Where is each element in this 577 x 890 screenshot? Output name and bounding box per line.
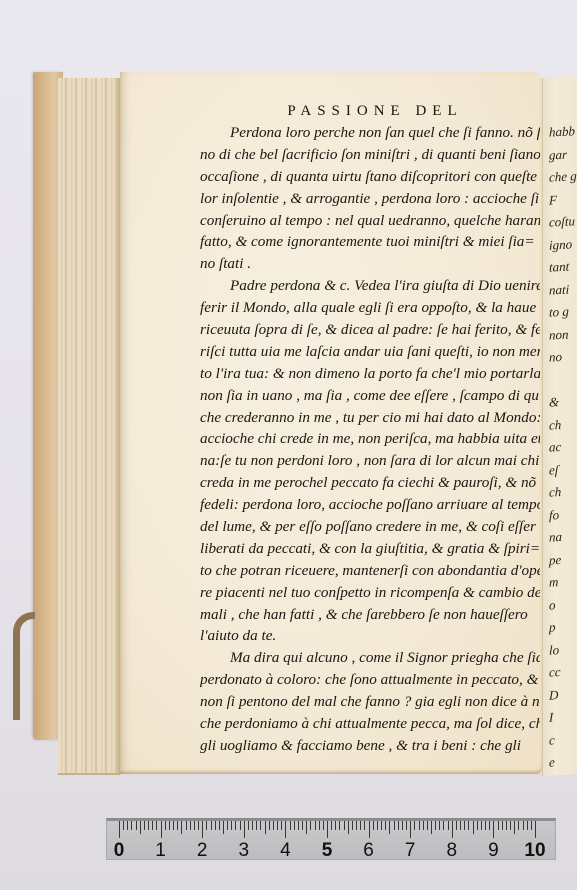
- ruler-tick: [310, 821, 311, 830]
- ruler-tick: [298, 821, 299, 830]
- ruler-tick: [481, 821, 482, 830]
- ruler-tick: [485, 821, 486, 830]
- facing-page-text: habbgarche gFcoſtuignotantnatito gnonno …: [549, 120, 577, 774]
- ruler-tick: [510, 821, 511, 830]
- facing-text-fragment: I: [549, 705, 577, 729]
- text-line: re piacenti nel tuo conſpetto in ricompe…: [200, 582, 540, 604]
- ruler-tick: [256, 821, 257, 830]
- text-line: Perdona loro perche non ſan quel che ſi …: [200, 122, 540, 144]
- facing-text-fragment: D: [549, 683, 577, 707]
- facing-text-fragment: gar: [549, 143, 577, 167]
- ruler-tick: [518, 821, 519, 830]
- ruler-tick: [448, 821, 449, 830]
- ruler-tick: [248, 821, 249, 830]
- facing-text-fragment: non: [549, 323, 577, 347]
- facing-text-fragment: e: [549, 750, 577, 774]
- ruler-tick: [302, 821, 303, 830]
- text-line: gli uogliamo & facciamo bene , & tra i b…: [200, 735, 540, 757]
- ruler-tick: [173, 821, 174, 830]
- ruler-tick: [335, 821, 336, 830]
- text-line: fatto, & come ignorantemente tuoi miniſt…: [200, 231, 540, 253]
- ruler-tick: [514, 821, 515, 834]
- ruler-ticks: [119, 821, 547, 841]
- ruler-tick: [136, 821, 137, 830]
- ruler-tick: [181, 821, 182, 834]
- ruler-label: 8: [447, 840, 458, 862]
- ruler-tick: [140, 821, 141, 834]
- ruler-tick: [315, 821, 316, 830]
- ruler-tick: [306, 821, 307, 834]
- facing-text-fragment: fo: [549, 503, 577, 527]
- ruler-label: 0: [114, 840, 125, 862]
- ruler-tick: [373, 821, 374, 830]
- ruler-tick: [194, 821, 195, 830]
- facing-text-fragment: cc: [549, 660, 577, 684]
- text-line: riceuuta ſopra di ſe, & dicea al padre: …: [200, 319, 540, 341]
- ruler-tick: [352, 821, 353, 830]
- ruler-tick: [502, 821, 503, 830]
- facing-text-fragment: ac: [549, 435, 577, 459]
- text-line: creda in me perochel peccato fa ciechi &…: [200, 472, 540, 494]
- ruler-tick: [223, 821, 224, 834]
- ruler-tick: [219, 821, 220, 830]
- facing-text-fragment: c: [549, 728, 577, 752]
- ruler-tick: [527, 821, 528, 830]
- text-line: del lume, & per eſſo poſſano credere in …: [200, 516, 540, 538]
- facing-text-fragment: F: [549, 188, 577, 212]
- ruler-tick: [240, 821, 241, 830]
- ruler-tick: [360, 821, 361, 830]
- ruler-tick: [523, 821, 524, 830]
- ruler-tick: [385, 821, 386, 830]
- ruler-tick: [506, 821, 507, 830]
- facing-text-fragment: p: [549, 615, 577, 639]
- text-line: no di che bel ſacrificio ſon miniſtri , …: [200, 144, 540, 166]
- facing-text-fragment: &: [549, 390, 577, 414]
- ruler-tick: [460, 821, 461, 830]
- facing-text-fragment: pe: [549, 548, 577, 572]
- facing-text-fragment: habb: [549, 120, 577, 144]
- ruler-tick: [319, 821, 320, 830]
- ruler-tick: [348, 821, 349, 834]
- ruler-tick: [398, 821, 399, 830]
- ruler-tick: [211, 821, 212, 830]
- ruler-label: 1: [155, 840, 166, 862]
- ruler-label: 7: [405, 840, 416, 862]
- ruler-tick: [456, 821, 457, 830]
- text-lines: Perdona loro perche non ſan quel che ſi …: [200, 122, 540, 757]
- text-line: to che potran riceuere, mantenerſi con a…: [200, 560, 540, 582]
- facing-text-fragment: m: [549, 570, 577, 594]
- page-text-block: PASSIONE DEL Perdona loro perche non ſan…: [200, 100, 540, 757]
- ruler-tick: [389, 821, 390, 834]
- ruler-tick: [498, 821, 499, 830]
- facing-text-fragment: eſ: [549, 458, 577, 482]
- ruler-tick: [215, 821, 216, 830]
- ruler-tick: [468, 821, 469, 830]
- ruler-tick: [435, 821, 436, 830]
- text-line: lor inſolentie , & arrogantie , perdona …: [200, 188, 540, 210]
- ruler-tick: [381, 821, 382, 830]
- ruler-tick: [410, 821, 411, 838]
- ruler-tick: [423, 821, 424, 830]
- text-line: Padre perdona & c. Vedea l'ira giuſta di…: [200, 275, 540, 297]
- ruler-tick: [127, 821, 128, 830]
- ruler-tick: [235, 821, 236, 830]
- ruler-tick: [265, 821, 266, 834]
- ruler-tick: [198, 821, 199, 830]
- ruler-tick: [144, 821, 145, 830]
- facing-text-fragment: o: [549, 593, 577, 617]
- ruler-tick: [364, 821, 365, 830]
- ruler-tick: [273, 821, 274, 830]
- ruler-tick: [244, 821, 245, 838]
- ruler-tick: [331, 821, 332, 830]
- ruler-tick: [165, 821, 166, 830]
- ruler-tick: [269, 821, 270, 830]
- ruler-tick: [190, 821, 191, 830]
- ruler-tick: [156, 821, 157, 830]
- ruler-tick: [281, 821, 282, 830]
- ruler-tick: [152, 821, 153, 830]
- ruler-tick: [186, 821, 187, 830]
- ruler-tick: [169, 821, 170, 830]
- facing-text-fragment: to g: [549, 300, 577, 324]
- ruler-tick: [148, 821, 149, 830]
- ruler-tick: [377, 821, 378, 830]
- ruler-tick: [394, 821, 395, 830]
- text-line: na:ſe tu non perdoni loro , non ſara di …: [200, 450, 540, 472]
- ruler-label: 9: [488, 840, 499, 862]
- ruler-label: 10: [524, 840, 545, 862]
- ruler-tick: [323, 821, 324, 830]
- ruler-tick: [285, 821, 286, 838]
- ruler-tick: [477, 821, 478, 830]
- running-head: PASSIONE DEL: [225, 100, 525, 122]
- page-edges-stack: [58, 78, 120, 775]
- facing-text-fragment: na: [549, 525, 577, 549]
- text-line: conſeruino al tempo : nel qual uedranno,…: [200, 210, 540, 232]
- ruler-tick: [406, 821, 407, 830]
- ruler-label: 4: [280, 840, 291, 862]
- facing-text-fragment: lo: [549, 638, 577, 662]
- ruler-label: 2: [197, 840, 208, 862]
- text-line: che crederanno in me , tu per cio mi hai…: [200, 407, 540, 429]
- ruler-label: 6: [363, 840, 374, 862]
- ruler-tick: [439, 821, 440, 830]
- text-line: no ſtati .: [200, 253, 540, 275]
- ruler-tick: [464, 821, 465, 830]
- ruler-tick: [202, 821, 203, 838]
- text-line: to l'ira tua: & non dimeno la porto fa c…: [200, 363, 540, 385]
- ruler-labels: 012345678910: [107, 840, 557, 862]
- facing-text-fragment: [549, 368, 577, 392]
- photo-scene: habbgarche gFcoſtuignotantnatito gnonno …: [0, 0, 577, 890]
- measurement-ruler: 012345678910: [106, 818, 556, 860]
- facing-page-fragment: habbgarche gFcoſtuignotantnatito gnonno …: [542, 76, 577, 776]
- ruler-tick: [123, 821, 124, 830]
- ruler-tick: [206, 821, 207, 830]
- ruler-tick: [427, 821, 428, 830]
- text-line: riſci tutta uia me laſcia andar uia ſani…: [200, 341, 540, 363]
- ruler-tick: [531, 821, 532, 830]
- ruler-tick: [419, 821, 420, 830]
- text-line: che perdoniamo à chi attualmente pecca, …: [200, 713, 540, 735]
- facing-text-fragment: ch: [549, 413, 577, 437]
- ruler-tick: [252, 821, 253, 830]
- ruler-tick: [535, 821, 536, 838]
- text-line: fedeli: perdona loro, accioche poſſano a…: [200, 494, 540, 516]
- ruler-tick: [443, 821, 444, 830]
- ruler-tick: [473, 821, 474, 834]
- ruler-tick: [260, 821, 261, 830]
- text-line: ferir il Mondo, alla quale egli ſi era o…: [200, 297, 540, 319]
- ruler-tick: [290, 821, 291, 830]
- ruler-tick: [231, 821, 232, 830]
- ruler-tick: [369, 821, 370, 838]
- ruler-tick: [177, 821, 178, 830]
- text-line: perdonato à coloro: che ſono attualmente…: [200, 669, 540, 691]
- ruler-tick: [161, 821, 162, 838]
- facing-text-fragment: tant: [549, 255, 577, 279]
- ruler-tick: [452, 821, 453, 838]
- text-line: non ſi pentono del mal che fanno ? gia e…: [200, 691, 540, 713]
- facing-text-fragment: coſtu: [549, 210, 577, 234]
- text-line: Ma dira qui alcuno , come il Signor prie…: [200, 647, 540, 669]
- ruler-tick: [294, 821, 295, 830]
- bookmark-ribbon: [13, 612, 35, 720]
- text-line: l'aiuto da te.: [200, 625, 540, 647]
- ruler-tick: [131, 821, 132, 830]
- ruler-tick: [227, 821, 228, 830]
- text-line: mali , che han fatti , & che ſarebbero ſ…: [200, 604, 540, 626]
- ruler-tick: [277, 821, 278, 830]
- facing-text-fragment: nati: [549, 278, 577, 302]
- ruler-tick: [402, 821, 403, 830]
- ruler-tick: [327, 821, 328, 838]
- text-line: liberati da peccati, & con la giuſtitia,…: [200, 538, 540, 560]
- ruler-tick: [339, 821, 340, 830]
- ruler-tick: [414, 821, 415, 830]
- facing-text-fragment: che g: [549, 165, 577, 189]
- facing-text-fragment: ch: [549, 480, 577, 504]
- text-line: occaſione , di quanta uirtu ſtano diſcop…: [200, 166, 540, 188]
- text-line: non ſia in uano , ma ſia , come dee eſſe…: [200, 385, 540, 407]
- facing-text-fragment: no: [549, 345, 577, 369]
- ruler-label: 3: [239, 840, 250, 862]
- ruler-tick: [356, 821, 357, 830]
- ruler-tick: [493, 821, 494, 838]
- text-line: accioche chi crede in me, non periſca, m…: [200, 428, 540, 450]
- ruler-label: 5: [322, 840, 333, 862]
- ruler-tick: [431, 821, 432, 834]
- facing-text-fragment: igno: [549, 233, 577, 257]
- ruler-tick: [489, 821, 490, 830]
- ruler-tick: [344, 821, 345, 830]
- ruler-tick: [119, 821, 120, 838]
